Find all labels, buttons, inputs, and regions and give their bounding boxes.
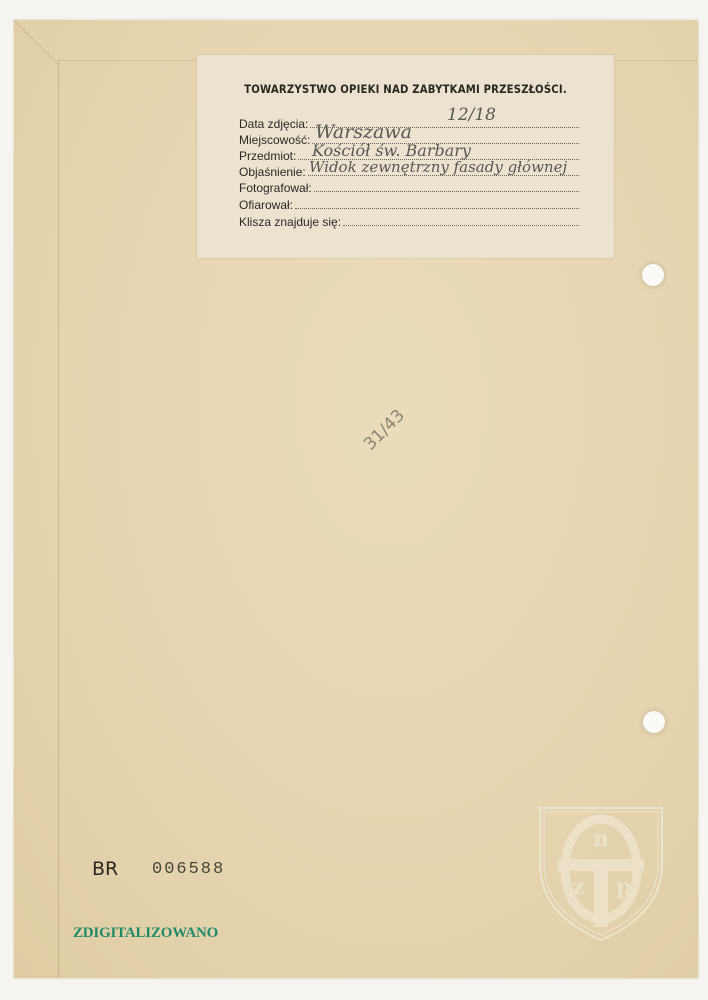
fold-line-vertical <box>58 60 59 978</box>
fold-line-diagonal <box>13 20 58 65</box>
field-label: Miejscowość: <box>239 133 310 147</box>
digitized-stamp: ZDIGITALIZOWANO <box>73 925 218 942</box>
field-label: Fotografował: <box>239 181 312 195</box>
field-photographer: Fotografował: <box>239 179 579 195</box>
field-label: Data zdjęcia: <box>239 117 308 131</box>
field-label: Przedmiot: <box>239 149 296 163</box>
svg-text:n: n <box>593 826 609 852</box>
handwritten-explanation: Widok zewnętrzny fasady głównej <box>309 158 567 176</box>
handwritten-locality: Warszawa <box>315 121 412 143</box>
handwritten-date: 12/18 <box>447 105 496 125</box>
society-title: TOWARZYSTWO OPIEKI NAD ZABYTKAMI PRZESZŁ… <box>222 82 589 96</box>
field-negative-location: Klisza znajduje się: <box>239 213 579 229</box>
field-donor: Ofiarował: <box>239 196 579 212</box>
punch-hole-top <box>642 264 664 286</box>
field-label: Ofiarował: <box>239 198 293 212</box>
svg-text:z: z <box>572 874 585 900</box>
inventory-prefix: BR <box>92 858 118 880</box>
society-emblem-icon: n z p <box>536 804 666 944</box>
record-label: TOWARZYSTWO OPIEKI NAD ZABYTKAMI PRZESZŁ… <box>197 55 614 258</box>
field-label: Objaśnienie: <box>239 165 306 179</box>
svg-text:p: p <box>616 874 631 900</box>
field-label: Klisza znajduje się: <box>239 215 341 229</box>
punch-hole-bottom <box>643 711 665 733</box>
inventory-number: 006588 <box>152 860 225 879</box>
